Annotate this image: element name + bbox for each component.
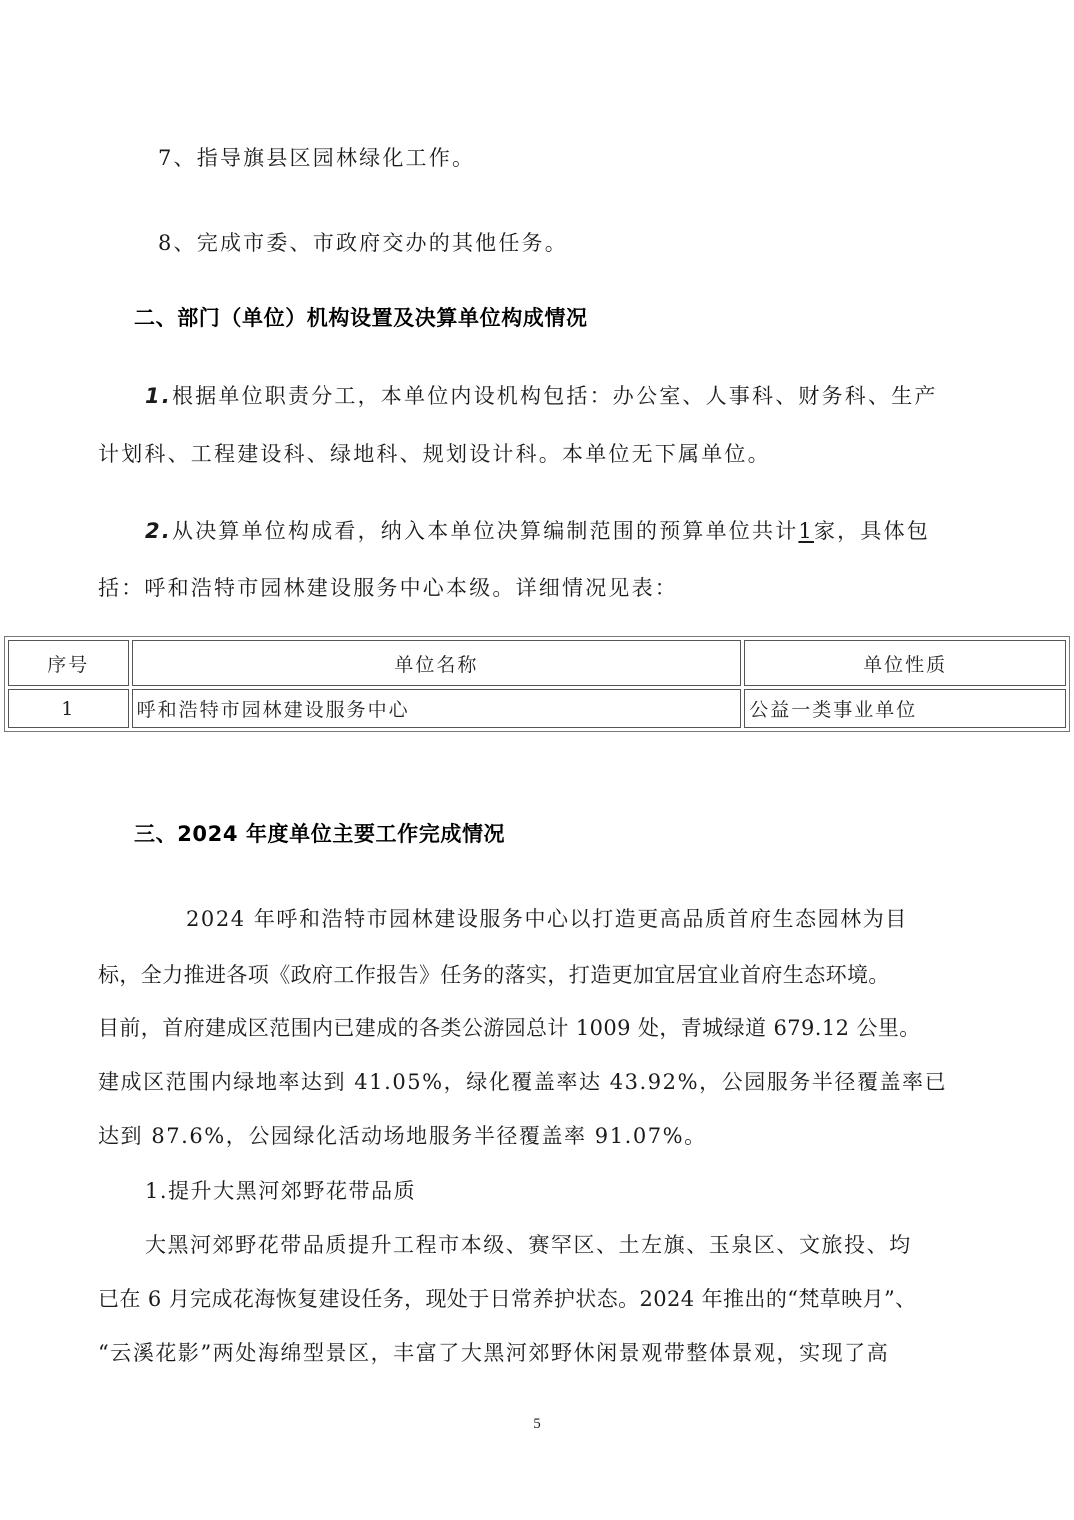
intro-line-5: 达到 87.6%，公园绿化活动场地服务半径覆盖率 91.07%。 — [98, 1122, 707, 1150]
page-number: 5 — [0, 1416, 1074, 1433]
cell-index: 1 — [8, 689, 129, 728]
sub-line-1: 大黑河郊野花带品质提升工程市本级、赛罕区、土左旗、玉泉区、文旅投、均 — [145, 1231, 912, 1259]
table-header-row: 序号 单位名称 单位性质 — [8, 640, 1066, 686]
intro-line-1: 2024 年呼和浩特市园林建设服务中心以打造更高品质首府生态园林为目 — [186, 905, 908, 933]
intro-line-2: 标，全力推进各项《政府工作报告》任务的落实，打造更加宜居宜业首府生态环境。 — [98, 961, 890, 989]
cell-unit-type: 公益一类事业单位 — [744, 689, 1066, 728]
paragraph-2-line-1: 2.从决算单位构成看，纳入本单位决算编制范围的预算单位共计1家，具体包 — [145, 517, 930, 545]
sub-line-2: 已在 6 月完成花海恢复建设任务，现处于日常养护状态。2024 年推出的“梵草映… — [98, 1285, 917, 1313]
subheading-1: 1.提升大黑河郊野花带品质 — [145, 1177, 416, 1205]
section-heading-3: 三、2024 年度单位主要工作完成情况 — [134, 820, 505, 848]
paragraph-1-line-2: 计划科、工程建设科、绿地科、规划设计科。本单位无下属单位。 — [98, 440, 771, 468]
list-item-8: 8、完成市委、市政府交办的其他任务。 — [158, 229, 568, 257]
sub-line-3: “云溪花影”两处海绵型景区，丰富了大黑河郊野休闲景观带整体景观，实现了高 — [98, 1339, 889, 1367]
column-header-unit-name: 单位名称 — [132, 640, 742, 686]
unit-composition-table: 序号 单位名称 单位性质 1 呼和浩特市园林建设服务中心 公益一类事业单位 — [4, 636, 1070, 732]
paragraph-text: 家，具体包 — [814, 519, 930, 543]
column-header-index: 序号 — [8, 640, 129, 686]
list-item-7: 7、指导旗县区园林绿化工作。 — [158, 144, 475, 172]
cell-unit-name: 呼和浩特市园林建设服务中心 — [132, 689, 742, 728]
paragraph-1-line-1: 1.根据单位职责分工，本单位内设机构包括：办公室、人事科、财务科、生产 — [145, 382, 938, 410]
table-row: 1 呼和浩特市园林建设服务中心 公益一类事业单位 — [8, 689, 1066, 728]
paragraph-number: 2. — [145, 519, 172, 543]
unit-count: 1 — [798, 519, 814, 543]
paragraph-number: 1. — [145, 384, 172, 408]
intro-line-4: 建成区范围内绿地率达到 41.05%，绿化覆盖率达 43.92%，公园服务半径覆… — [98, 1068, 947, 1096]
column-header-unit-type: 单位性质 — [744, 640, 1066, 686]
paragraph-text: 根据单位职责分工，本单位内设机构包括：办公室、人事科、财务科、生产 — [172, 384, 938, 408]
section-heading-2: 二、部门（单位）机构设置及决算单位构成情况 — [134, 304, 588, 332]
paragraph-text: 从决算单位构成看，纳入本单位决算编制范围的预算单位共计 — [172, 519, 798, 543]
paragraph-2-line-2: 括：呼和浩特市园林建设服务中心本级。详细情况见表： — [98, 574, 678, 602]
intro-line-3: 目前，首府建成区范围内已建成的各类公游园总计 1009 处，青城绿道 679.1… — [98, 1014, 921, 1042]
